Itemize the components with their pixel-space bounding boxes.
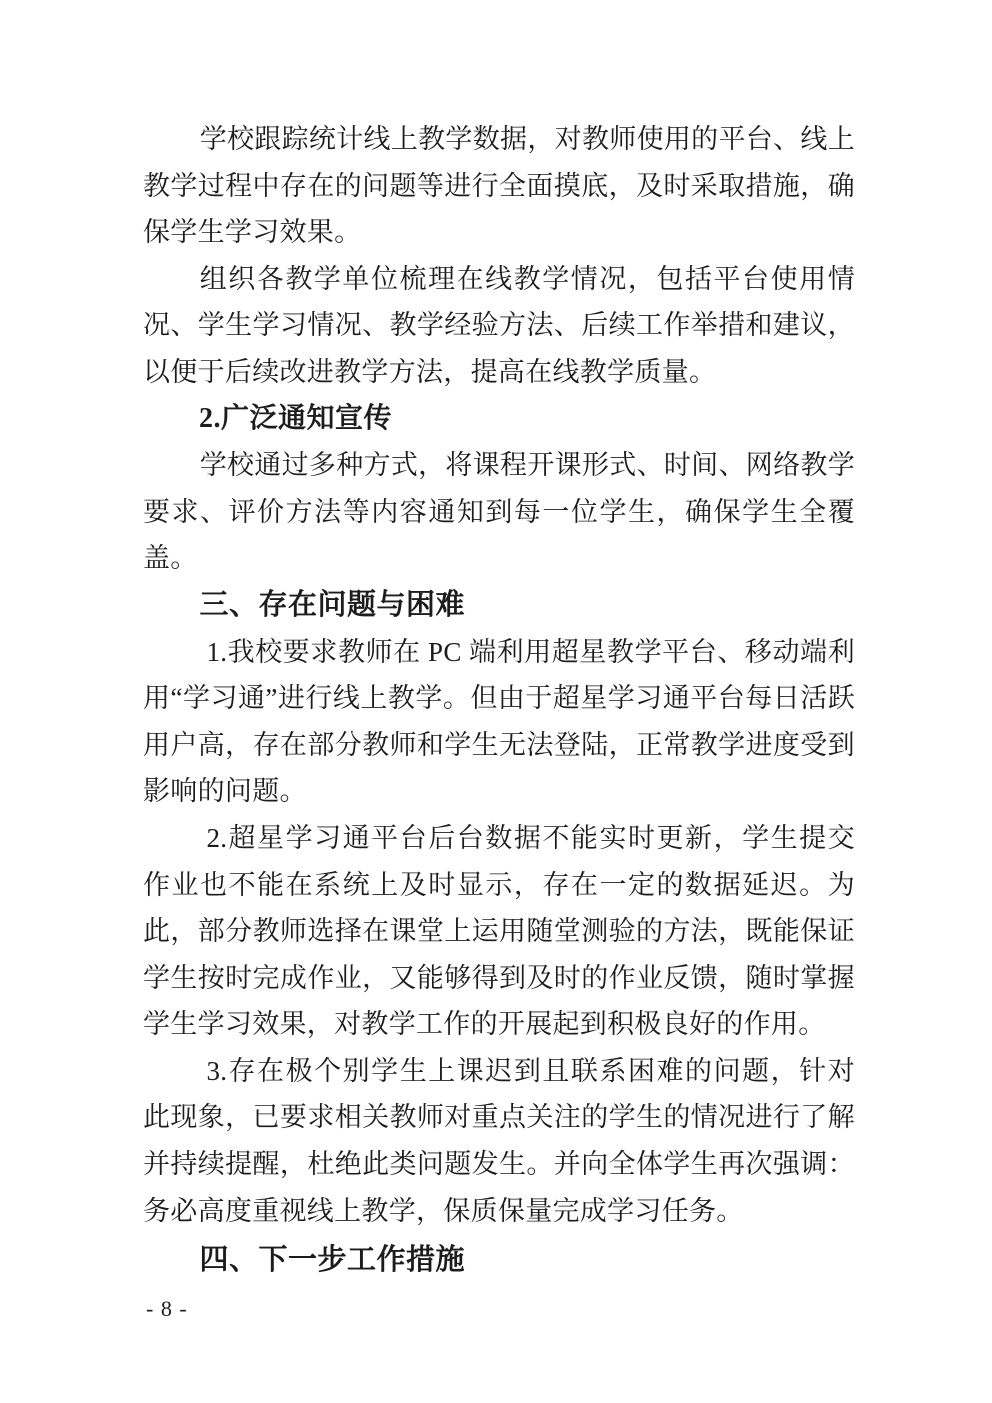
heading-section-four-next-steps: 四、下一步工作措施	[143, 1237, 855, 1284]
paragraph-problem-3-late-students: 3.存在极个别学生上课迟到且联系困难的问题，针对此现象，已要求相关教师对重点关注…	[143, 1048, 855, 1234]
paragraph-problem-2-data-delay: 2.超星学习通平台后台数据不能实时更新，学生提交作业也不能在系统上及时显示，存在…	[143, 815, 855, 1048]
document-body: 学校跟踪统计线上教学数据，对教师使用的平台、线上教学过程中存在的问题等进行全面摸…	[143, 116, 855, 1284]
heading-section-three-problems-difficulties: 三、存在问题与困难	[143, 582, 855, 629]
paragraph-notification-methods: 学校通过多种方式，将课程开课形式、时间、网络教学要求、评价方法等内容通知到每一位…	[143, 442, 855, 582]
document-page: 学校跟踪统计线上教学数据，对教师使用的平台、线上教学过程中存在的问题等进行全面摸…	[0, 0, 992, 1403]
paragraph-tracking-online-teaching-data: 学校跟踪统计线上教学数据，对教师使用的平台、线上教学过程中存在的问题等进行全面摸…	[143, 116, 855, 256]
paragraph-problem-1-platform-login: 1.我校要求教师在 PC 端利用超星教学平台、移动端利用“学习通”进行线上教学。…	[143, 629, 855, 815]
heading-broad-notification-publicity: 2.广泛通知宣传	[143, 396, 855, 443]
paragraph-teaching-unit-review: 组织各教学单位梳理在线教学情况，包括平台使用情况、学生学习情况、教学经验方法、后…	[143, 256, 855, 396]
page-number: - 8 -	[146, 1294, 188, 1324]
